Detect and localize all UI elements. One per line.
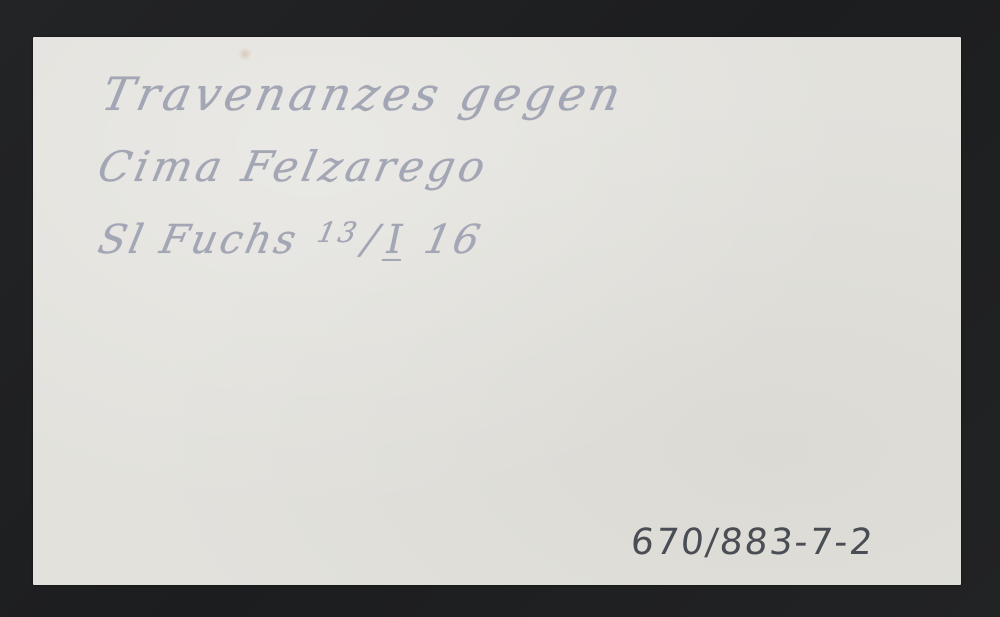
photo-card-reverse: Travenanzes gegen Cima Felzarego Sl Fuch… [33,37,961,585]
date-separator: / [359,217,385,263]
date-year: 16 [420,217,487,263]
date-day: 13 [314,216,363,249]
inscription-line-1: Travenanzes gegen [97,67,629,121]
inscription-line-2: Cima Felzarego [94,142,494,191]
archive-number: 670/883-7-2 [629,522,877,563]
paper-stain [238,47,252,61]
inscription-line-3: Sl Fuchs 13 / I 16 [94,217,487,263]
inscription-date: 13 / I 16 [311,217,487,263]
date-month: I [381,217,410,263]
inscription-author: Sl Fuchs [94,217,303,263]
